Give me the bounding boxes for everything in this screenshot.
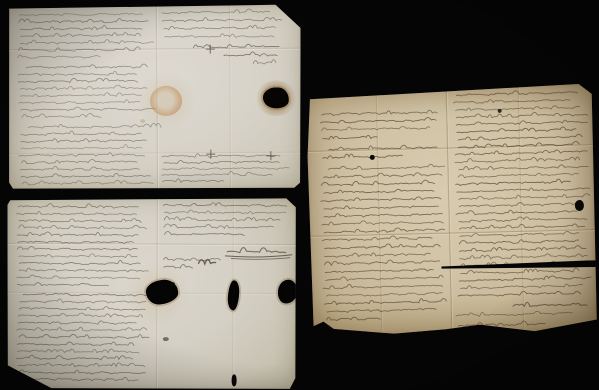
letter-right — [305, 83, 598, 338]
handwriting-signature — [227, 244, 288, 256]
burn-hole — [255, 80, 297, 116]
handwriting-postscript — [455, 308, 570, 331]
fold-crease-vertical — [445, 86, 454, 334]
ink-flourish — [198, 257, 215, 267]
handwriting-closing-lines — [161, 7, 280, 40]
handwriting-left-page — [15, 202, 146, 383]
worn-streak — [231, 374, 236, 386]
worn-hole — [276, 278, 299, 305]
wax-seal-stain — [150, 86, 182, 116]
handwriting-signoff — [175, 42, 275, 67]
scene-caption: Photograph of three aged, folded, handwr… — [0, 0, 1, 1]
handwriting-left-column — [319, 107, 445, 323]
ink-speck — [163, 337, 169, 341]
letter-top-left — [7, 4, 301, 190]
photo-of-antique-letters: Photograph of three aged, folded, handwr… — [0, 0, 599, 390]
ink-speck — [498, 108, 502, 112]
worn-hole — [575, 199, 584, 210]
fold-cross-mark — [206, 150, 215, 159]
fold-cross-mark — [205, 45, 214, 54]
handwriting-closing-lines — [162, 201, 288, 238]
handwriting-left-page — [18, 10, 151, 187]
fold-cross-mark — [266, 151, 275, 160]
foxing-spot — [140, 119, 145, 123]
worn-hole — [227, 280, 240, 311]
letter-bottom-left — [7, 196, 297, 389]
